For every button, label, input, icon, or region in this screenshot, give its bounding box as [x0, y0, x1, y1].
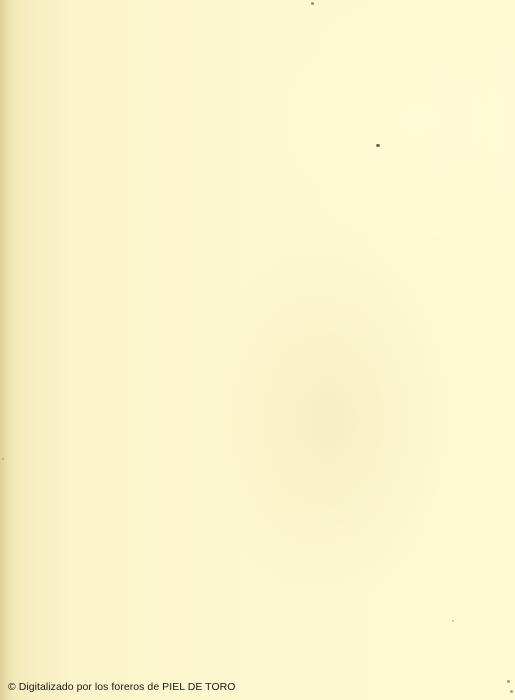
paper-speck	[452, 620, 454, 622]
digitization-credit-caption: © Digitalizado por los foreros de PIEL D…	[8, 681, 236, 693]
paper-speck	[507, 680, 510, 683]
page-gutter-shadow	[0, 0, 14, 700]
paper-speck	[2, 458, 4, 460]
paper-speck	[376, 144, 380, 147]
paper-speck	[510, 690, 513, 693]
scanned-blank-page: © Digitalizado por los foreros de PIEL D…	[0, 0, 515, 700]
paper-speck	[311, 2, 314, 5]
